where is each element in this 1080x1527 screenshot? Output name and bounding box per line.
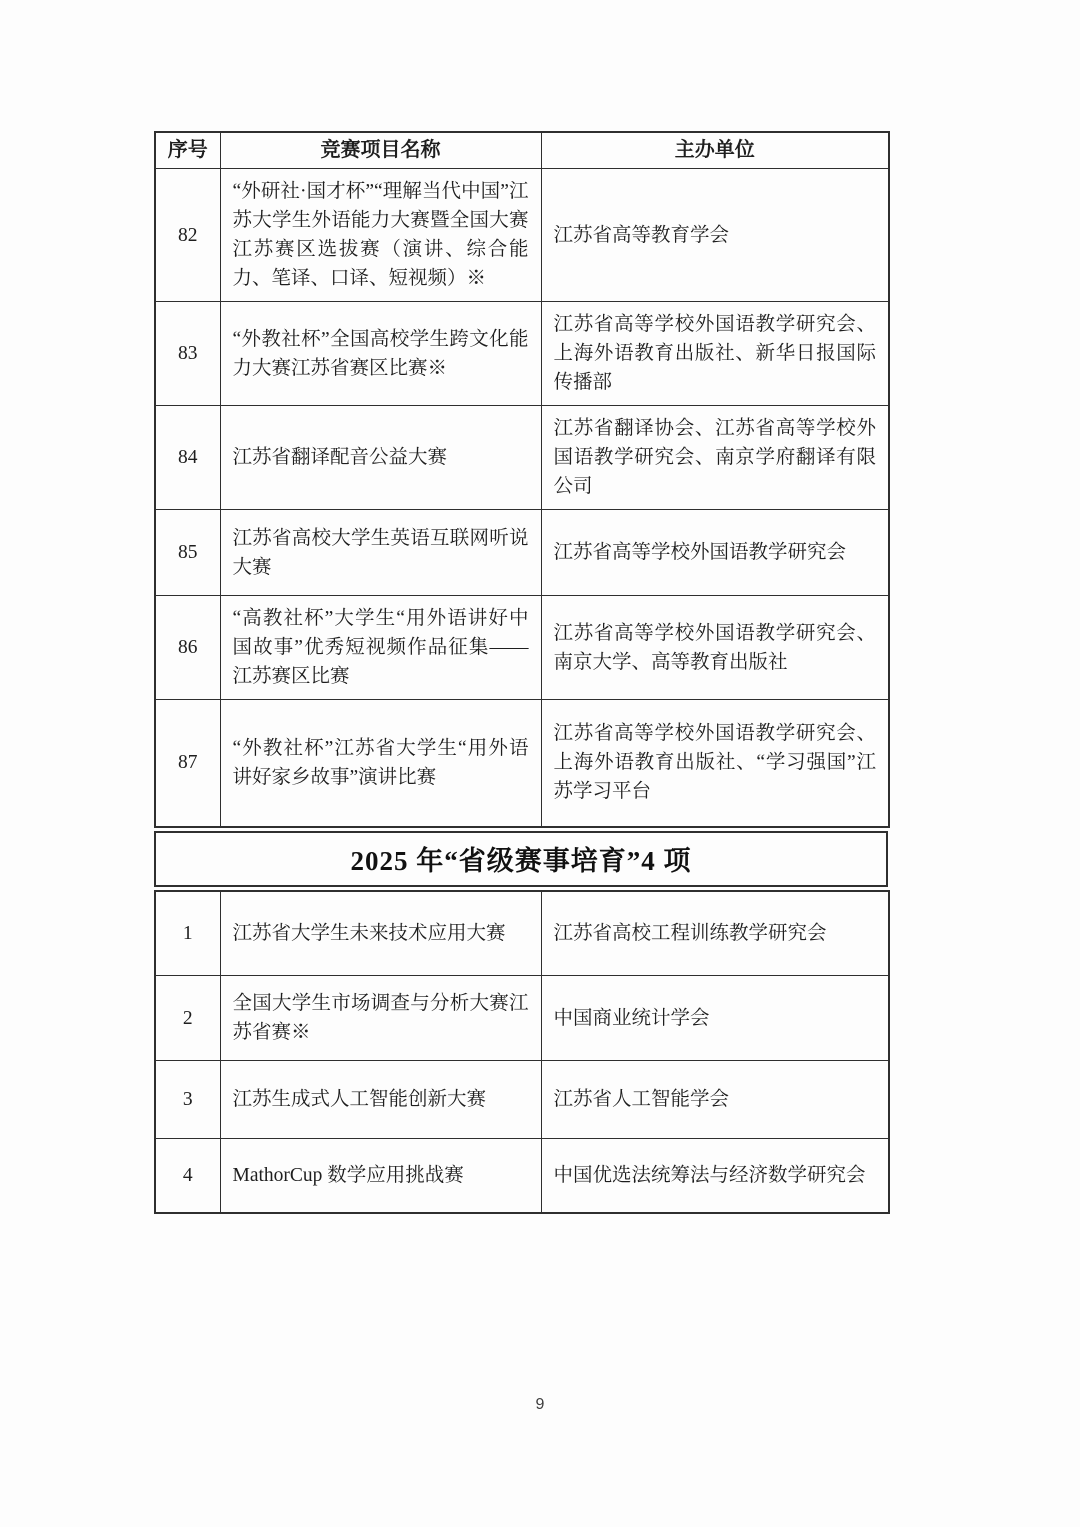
project-name-cell: 江苏省高校大学生英语互联网听说大赛 bbox=[220, 510, 541, 596]
organizer-cell: 江苏省高等教育学会 bbox=[541, 169, 889, 302]
row-number-cell: 3 bbox=[155, 1061, 220, 1139]
organizer-cell: 中国商业统计学会 bbox=[541, 976, 889, 1061]
row-number-cell: 1 bbox=[155, 891, 220, 976]
organizer-cell: 中国优选法统筹法与经济数学研究会 bbox=[541, 1139, 889, 1213]
organizer-cell: 江苏省人工智能学会 bbox=[541, 1061, 889, 1139]
organizer-cell: 江苏省高等学校外国语教学研究会、上海外语教育出版社、“学习强国”江苏学习平台 bbox=[541, 700, 889, 827]
row-number-cell: 86 bbox=[155, 596, 220, 700]
project-name-cell: 全国大学生市场调查与分析大赛江苏省赛※ bbox=[220, 976, 541, 1061]
project-name-cell: MathorCup 数学应用挑战赛 bbox=[220, 1139, 541, 1213]
table-row: 85江苏省高校大学生英语互联网听说大赛江苏省高等学校外国语教学研究会 bbox=[155, 510, 889, 596]
project-name-cell: “外研社·国才杯”“理解当代中国”江苏大学生外语能力大赛暨全国大赛江苏赛区选拔赛… bbox=[220, 169, 541, 302]
organizer-cell: 江苏省翻译协会、江苏省高等学校外国语教学研究会、南京学府翻译有限公司 bbox=[541, 406, 889, 510]
table-header-row: 序号 竞赛项目名称 主办单位 bbox=[155, 132, 889, 169]
project-name-cell: 江苏省大学生未来技术应用大赛 bbox=[220, 891, 541, 976]
table-upper-section: 序号 竞赛项目名称 主办单位 82“外研社·国才杯”“理解当代中国”江苏大学生外… bbox=[154, 131, 890, 828]
table-row: 87“外教社杯”江苏省大学生“用外语讲好家乡故事”演讲比赛江苏省高等学校外国语教… bbox=[155, 700, 889, 827]
section-title-2025-provincial-cultivation: 2025 年“省级赛事培育”4 项 bbox=[154, 831, 888, 887]
table-row: 4MathorCup 数学应用挑战赛中国优选法统筹法与经济数学研究会 bbox=[155, 1139, 889, 1213]
competition-table: 序号 竞赛项目名称 主办单位 82“外研社·国才杯”“理解当代中国”江苏大学生外… bbox=[154, 131, 888, 1214]
organizer-cell: 江苏省高等学校外国语教学研究会 bbox=[541, 510, 889, 596]
header-cell-organizer: 主办单位 bbox=[541, 132, 889, 169]
page-number: 9 bbox=[0, 1396, 1080, 1414]
row-number-cell: 84 bbox=[155, 406, 220, 510]
project-name-cell: “外教社杯”全国高校学生跨文化能力大赛江苏省赛区比赛※ bbox=[220, 302, 541, 406]
project-name-cell: 江苏省翻译配音公益大赛 bbox=[220, 406, 541, 510]
row-number-cell: 87 bbox=[155, 700, 220, 827]
table-row: 86“高教社杯”大学生“用外语讲好中国故事”优秀短视频作品征集——江苏赛区比赛江… bbox=[155, 596, 889, 700]
table-row: 84江苏省翻译配音公益大赛江苏省翻译协会、江苏省高等学校外国语教学研究会、南京学… bbox=[155, 406, 889, 510]
project-name-cell: “外教社杯”江苏省大学生“用外语讲好家乡故事”演讲比赛 bbox=[220, 700, 541, 827]
table-row: 83“外教社杯”全国高校学生跨文化能力大赛江苏省赛区比赛※江苏省高等学校外国语教… bbox=[155, 302, 889, 406]
organizer-cell: 江苏省高校工程训练教学研究会 bbox=[541, 891, 889, 976]
table-row: 2全国大学生市场调查与分析大赛江苏省赛※中国商业统计学会 bbox=[155, 976, 889, 1061]
row-number-cell: 82 bbox=[155, 169, 220, 302]
organizer-cell: 江苏省高等学校外国语教学研究会、南京大学、高等教育出版社 bbox=[541, 596, 889, 700]
table-row: 3江苏生成式人工智能创新大赛江苏省人工智能学会 bbox=[155, 1061, 889, 1139]
table-row: 82“外研社·国才杯”“理解当代中国”江苏大学生外语能力大赛暨全国大赛江苏赛区选… bbox=[155, 169, 889, 302]
document-page: 序号 竞赛项目名称 主办单位 82“外研社·国才杯”“理解当代中国”江苏大学生外… bbox=[0, 0, 1080, 1527]
organizer-cell: 江苏省高等学校外国语教学研究会、上海外语教育出版社、新华日报国际传播部 bbox=[541, 302, 889, 406]
header-cell-number: 序号 bbox=[155, 132, 220, 169]
row-number-cell: 2 bbox=[155, 976, 220, 1061]
table-row: 1江苏省大学生未来技术应用大赛江苏省高校工程训练教学研究会 bbox=[155, 891, 889, 976]
row-number-cell: 83 bbox=[155, 302, 220, 406]
project-name-cell: “高教社杯”大学生“用外语讲好中国故事”优秀短视频作品征集——江苏赛区比赛 bbox=[220, 596, 541, 700]
row-number-cell: 4 bbox=[155, 1139, 220, 1213]
header-cell-project-name: 竞赛项目名称 bbox=[220, 132, 541, 169]
project-name-cell: 江苏生成式人工智能创新大赛 bbox=[220, 1061, 541, 1139]
row-number-cell: 85 bbox=[155, 510, 220, 596]
table-lower-section: 1江苏省大学生未来技术应用大赛江苏省高校工程训练教学研究会2全国大学生市场调查与… bbox=[154, 890, 890, 1214]
